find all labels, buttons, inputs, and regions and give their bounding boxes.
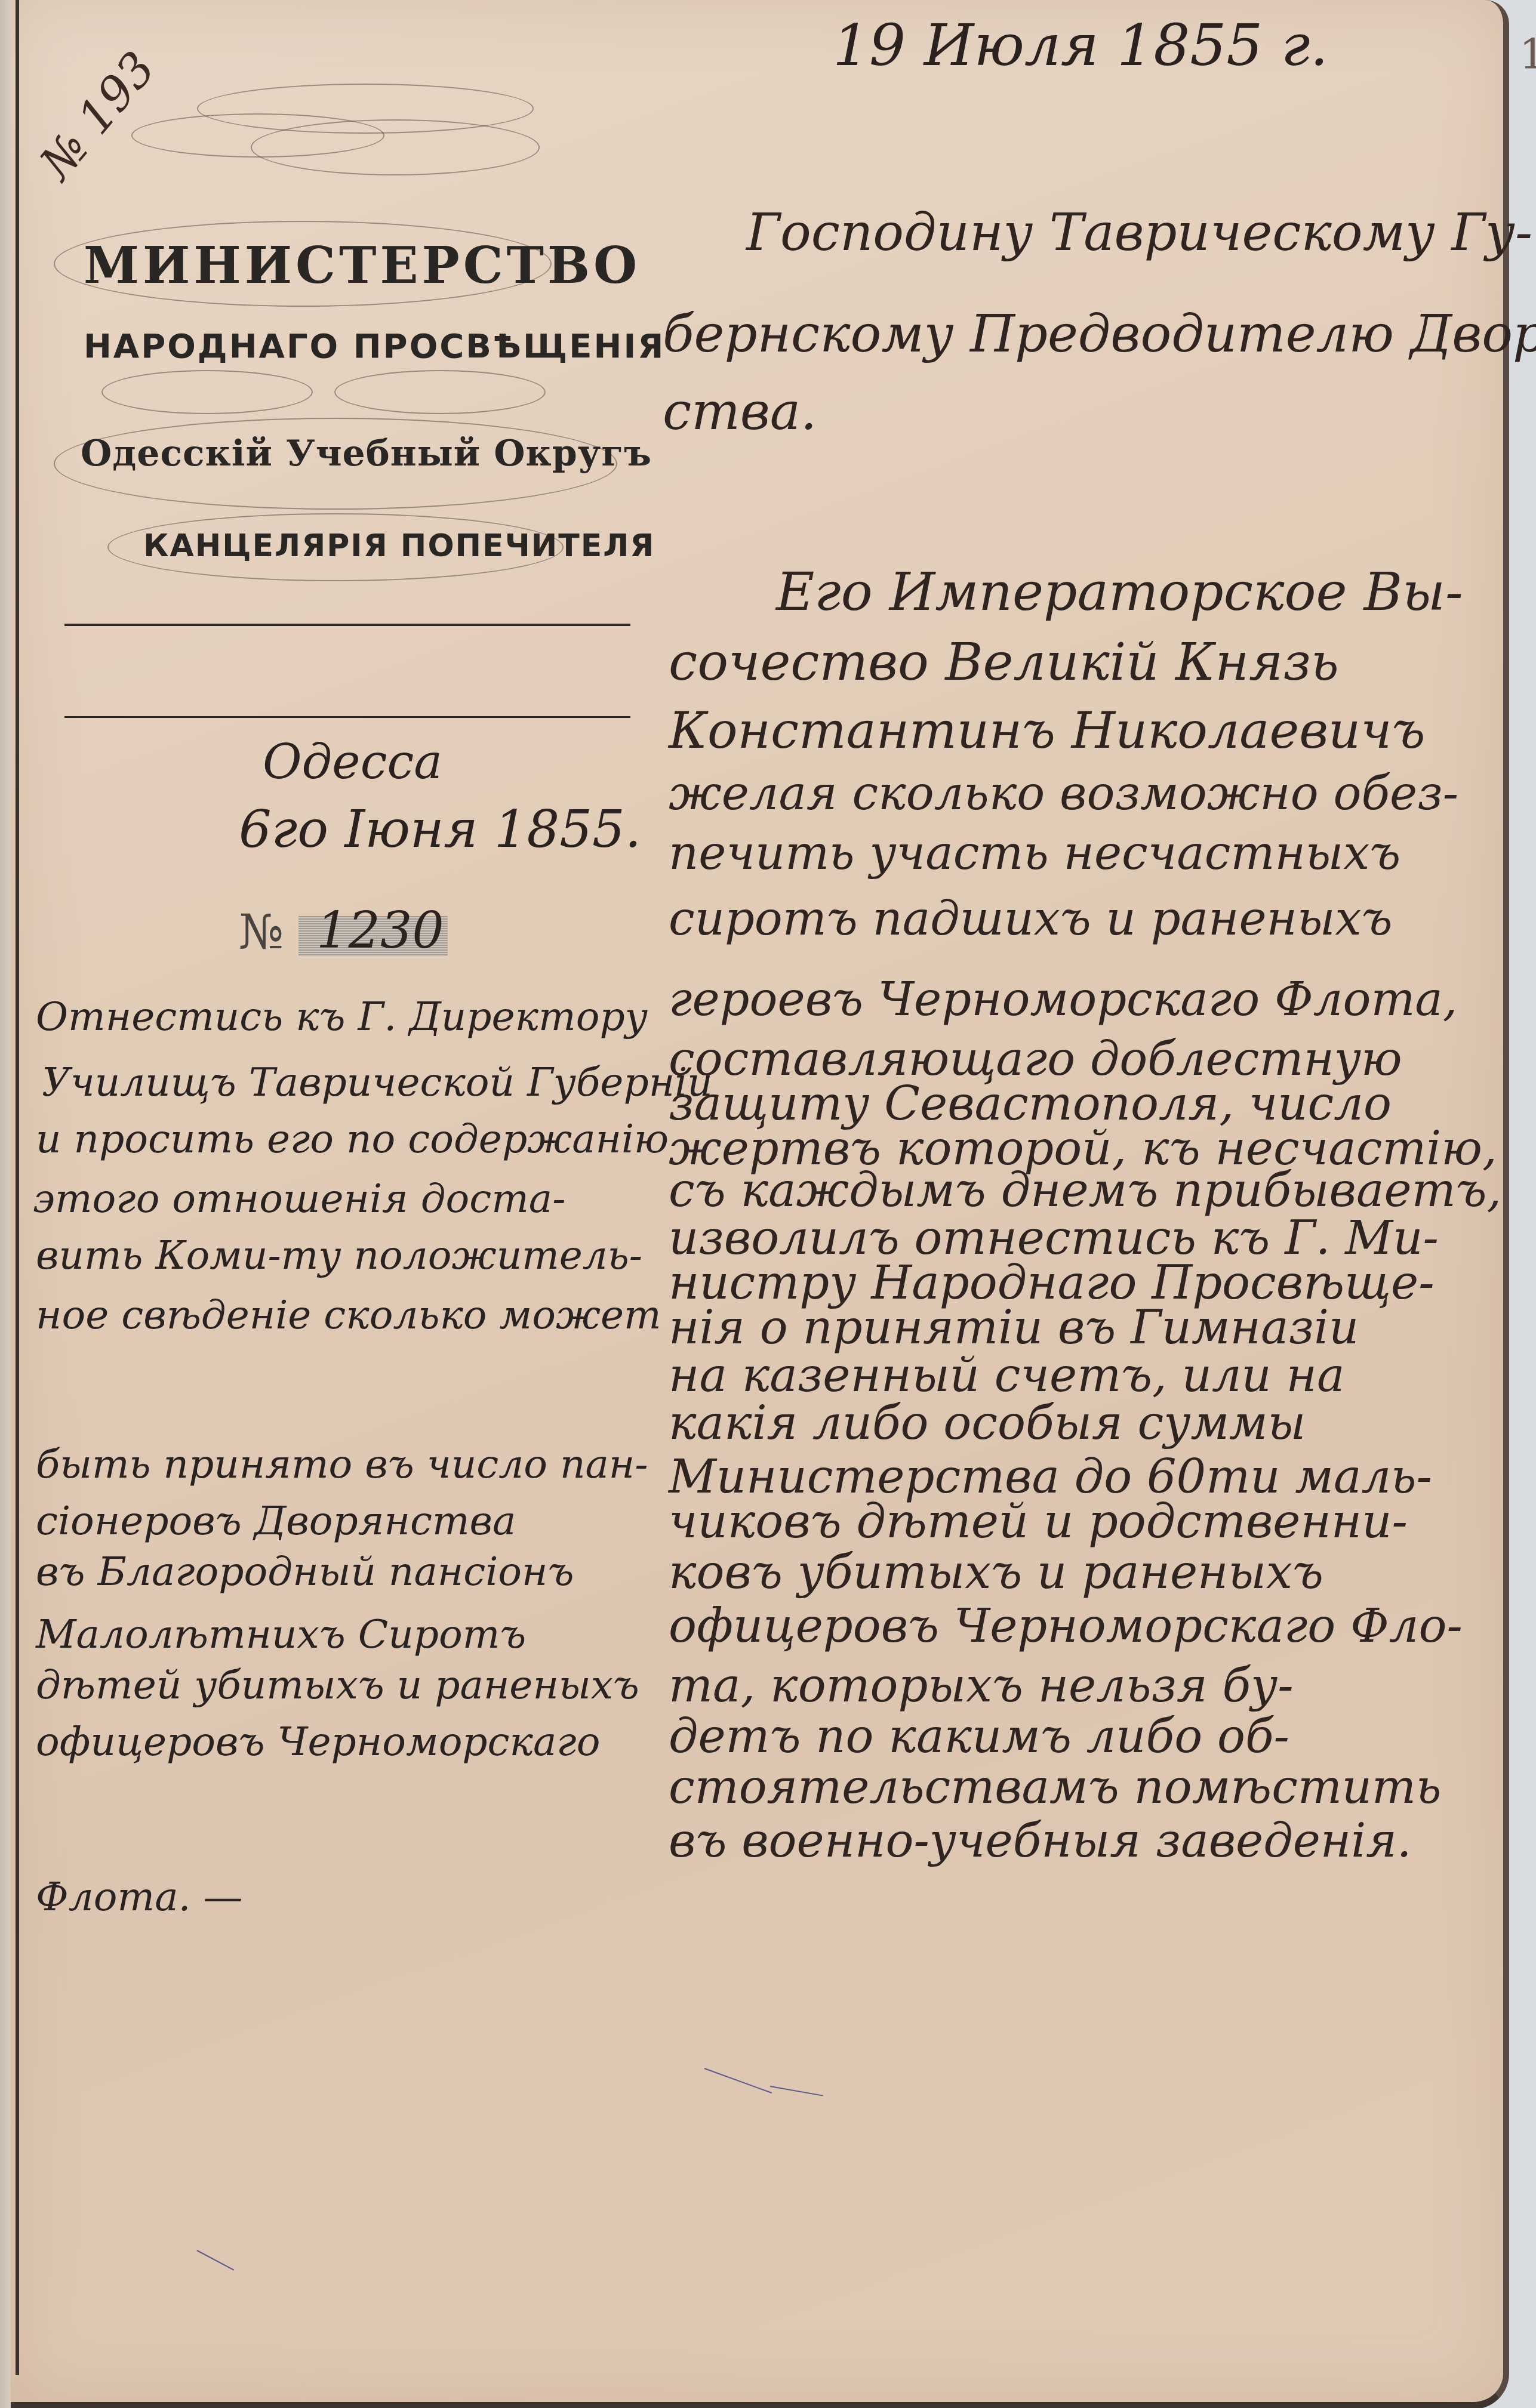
body-line: ковъ убитыхъ и раненыхъ [669,1546,1323,1599]
body-line: детъ по какимъ либо об- [669,1710,1289,1763]
body-line: чиковъ дѣтей и родственни- [669,1495,1408,1549]
body-line: какія либо особыя суммы [669,1396,1306,1450]
body-line: Его Императорское Вы- [776,561,1463,622]
place-name: Одесса [263,734,442,790]
body-line: съ каждымъ днемъ прибываетъ, [669,1164,1501,1217]
letterhead-flourish [251,119,540,175]
body-line: та, которыхъ нельзя бу- [669,1659,1294,1713]
addressee-line: ства. [663,382,817,442]
letterhead-district: Одесскій Учебный Округъ [81,433,652,474]
note-line: быть принято въ число пан- [36,1441,648,1487]
letterhead-chancellery: КАНЦЕЛЯРІЯ ПОПЕЧИТЕЛЯ [143,528,655,564]
addressee-line: Господину Таврическому Гу- [746,203,1532,263]
left-margin-rule [16,0,19,2375]
note-line: Отнестись къ Г. Директору [36,994,648,1040]
body-line: желая сколько возможно обез- [669,767,1458,821]
body-line: офицеровъ Черноморскаго Фло- [669,1599,1463,1653]
note-line: и просить его по содержанію [36,1116,669,1162]
body-line: печить участь несчастныхъ [669,827,1400,880]
document-number: 1230 [316,901,444,960]
number-sign: № [239,904,284,960]
note-line: ное свѣденіе сколько может [36,1292,661,1338]
letterhead-narodnago: НАРОДНАГО ПРОСВѢЩЕНІЯ [84,327,665,366]
body-line: нія о принятіи въ Гимназіи [669,1301,1359,1355]
note-line: Флота. — [36,1874,242,1920]
body-line: Константинъ Николаевичъ [669,701,1425,760]
note-line: офицеровъ Черноморскаго [36,1719,600,1765]
outgoing-date: 6го Іюня 1855. [239,800,641,859]
letterhead-flourish [334,370,546,414]
note-line: Училищъ Таврической Губерніи [42,1059,713,1105]
addressee-line: бернскому Предводителю Дворян- [663,304,1536,364]
letterhead-rule-bottom [64,716,630,718]
note-line: въ Благородный пансіонъ [36,1549,574,1595]
note-line: Малолѣтнихъ Сиротъ [36,1611,526,1657]
letterhead-ministry: МИНИСТЕРСТВО [84,236,641,295]
body-line: героевъ Черноморскаго Флота, [669,973,1458,1026]
page-number: 1 [1519,30,1536,79]
note-line: вить Коми-ту положитель- [36,1232,642,1278]
note-line: этого отношенія доста- [33,1176,565,1222]
letterhead-rule-top [64,624,630,626]
note-line: сіонеровъ Дворянства [36,1498,516,1544]
letterhead-flourish [101,370,313,414]
body-line: сиротъ падшихъ и раненыхъ [669,892,1393,946]
body-line: въ военно-учебныя заведенія. [669,1814,1412,1868]
received-date: 19 Июля 1855 г. [833,12,1328,79]
note-line: дѣтей убитыхъ и раненыхъ [36,1662,639,1708]
body-line: сочество Великій Князь [669,633,1339,692]
body-line: стоятельствамъ помѣстить [669,1760,1442,1814]
body-line: на казенный счетъ, или на [669,1349,1345,1402]
